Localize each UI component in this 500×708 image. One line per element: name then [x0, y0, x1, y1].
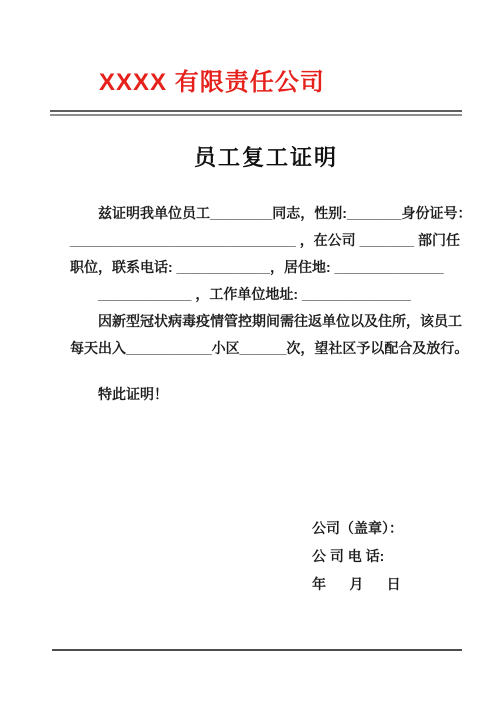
document-title: 员工复工证明: [60, 141, 472, 172]
header-double-rule: [50, 110, 462, 116]
body-line-2: _____________________________ ，在公司 _____…: [70, 227, 468, 254]
closing-statement: 特此证明！: [98, 384, 168, 404]
signature-company-seal: 公司（盖章）：: [312, 514, 403, 542]
body-line-3: 职位，联系电话: ____________，居住地: _____________…: [70, 254, 468, 281]
signature-date: 年 月 日: [312, 570, 403, 598]
certificate-page: XXXX 有限责任公司 员工复工证明 兹证明我单位员工________同志，性别…: [0, 0, 500, 708]
body-line-5: 因新型冠状病毒疫情管控期间需往返单位以及住所，该员工: [70, 308, 468, 335]
company-name-heading: XXXX 有限责任公司: [99, 62, 325, 97]
certificate-body: 兹证明我单位员工________同志，性别:_______身份证号： _____…: [70, 200, 468, 362]
body-line-6: 每天出入___________小区______次，望社区予以配合及放行。: [70, 335, 468, 362]
signature-block: 公司（盖章）： 公 司 电 话: 年 月 日: [312, 514, 403, 598]
body-line-4: ____________ ，工作单位地址: ______________: [70, 281, 468, 308]
signature-company-phone: 公 司 电 话:: [312, 542, 403, 570]
footer-rule: [52, 649, 462, 651]
body-line-1: 兹证明我单位员工________同志，性别:_______身份证号：: [70, 200, 468, 227]
